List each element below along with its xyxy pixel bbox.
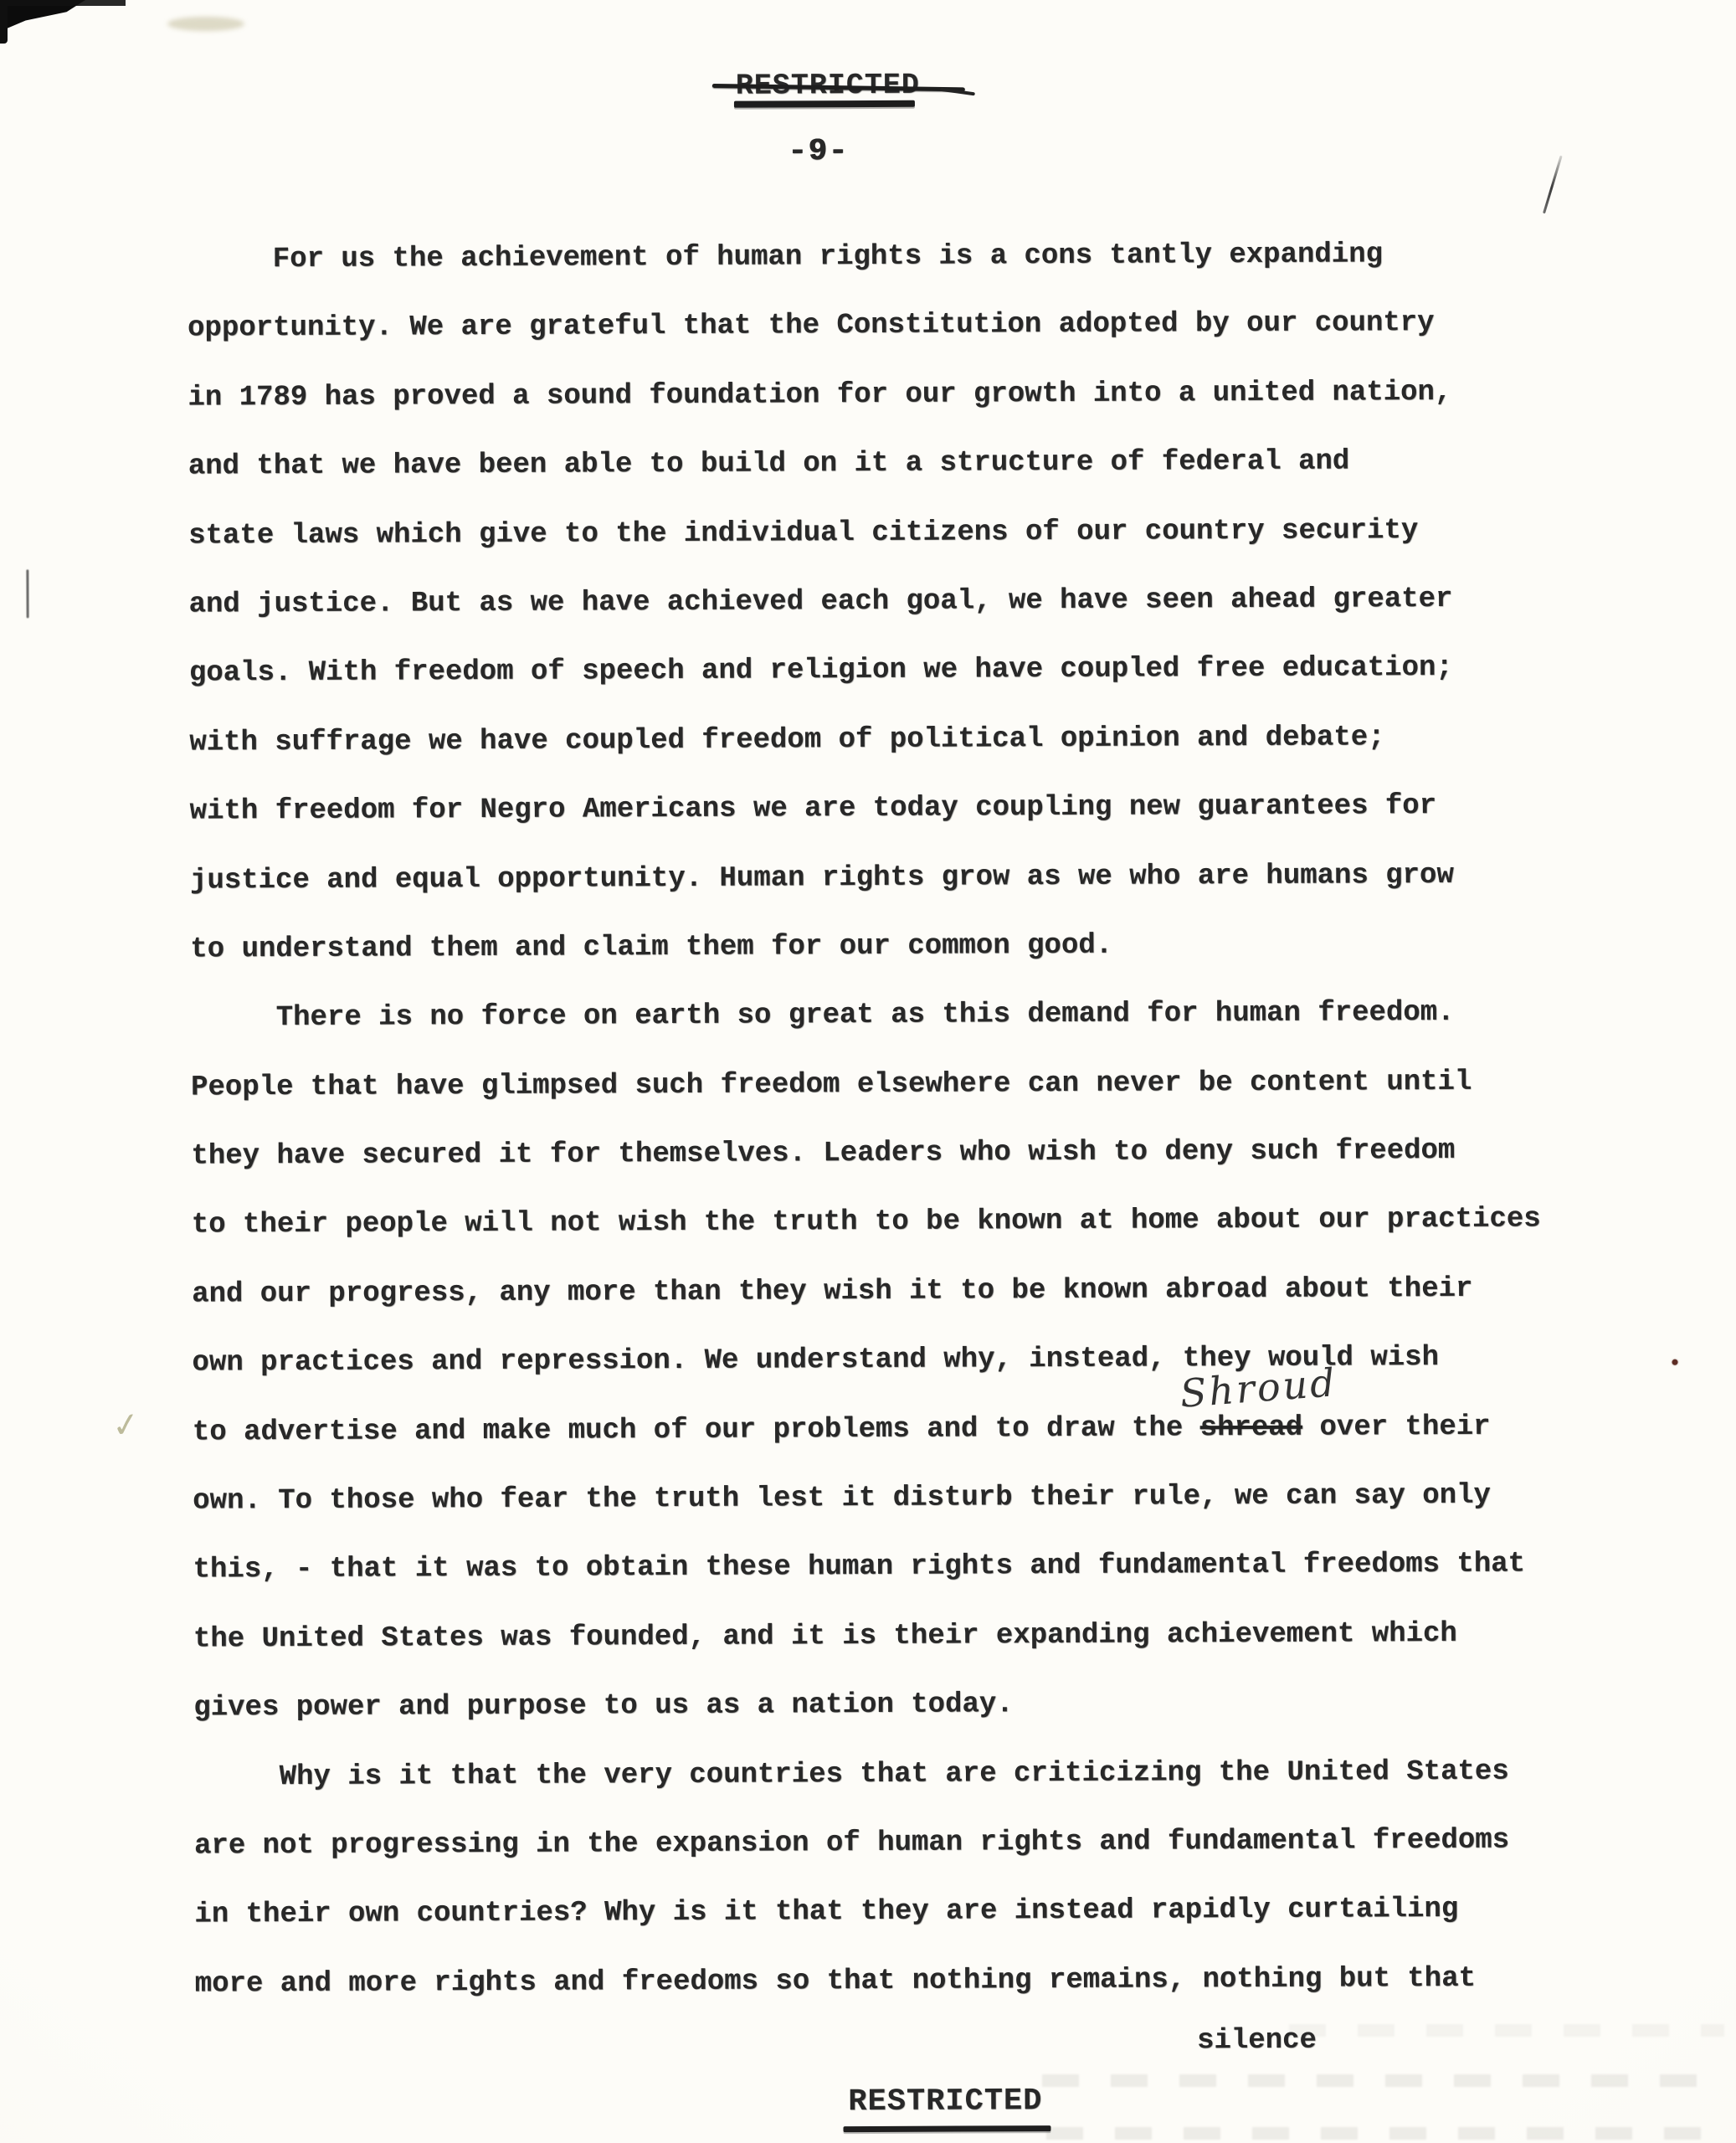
text-line: and justice. But as we have achieved eac… (188, 583, 1628, 658)
left-edge-mark (26, 569, 28, 618)
floating-word-silence: silence (1197, 2025, 1317, 2058)
text-line: opportunity. We are grateful that the Co… (187, 306, 1627, 382)
text-line: For us the achievement of human rights i… (187, 238, 1627, 313)
text-line: with suffrage we have coupled freedom of… (189, 721, 1629, 796)
text-line: own. To those who fear the truth lest it… (193, 1479, 1632, 1555)
text-line: to their people will not wish the truth … (192, 1203, 1631, 1278)
classification-footer: RESTRICTED (848, 2084, 1042, 2120)
text-line: to understand them and claim them for ou… (190, 928, 1630, 1003)
text-line: gives power and purpose to us as a natio… (193, 1686, 1633, 1761)
text-line: Why is it that the very countries that a… (194, 1755, 1634, 1831)
struck-word: shread (1200, 1411, 1303, 1444)
text-line: more and more rights and freedoms so tha… (195, 1962, 1635, 2038)
margin-checkmark: ✓ (110, 1405, 143, 1447)
text-line: this, - that it was to obtain these huma… (193, 1548, 1633, 1623)
ink-dot (1672, 1359, 1678, 1365)
text-line: they have secured it for themselves. Lea… (191, 1134, 1631, 1210)
pen-slash-mark (1543, 156, 1563, 214)
text-line: in their own countries? Why is it that t… (194, 1893, 1634, 1968)
text-line: People that have glimpsed such freedom e… (191, 1066, 1631, 1141)
text-line-with-correction: to advertise and make much of our proble… (193, 1411, 1632, 1486)
text-line: goals. With freedom of speech and religi… (189, 651, 1629, 727)
correction-prefix: to advertise and make much of our proble… (193, 1412, 1200, 1448)
header-underline (734, 100, 915, 108)
text-line: justice and equal opportunity. Human rig… (190, 859, 1630, 934)
document-page: RESTRICTED -9- For us the achievement of… (0, 0, 1736, 2143)
text-line: and that we have been able to build on i… (188, 445, 1628, 520)
text-line: state laws which give to the individual … (188, 514, 1628, 589)
typewritten-sheet: RESTRICTED -9- For us the achievement of… (0, 0, 1736, 2143)
text-line: the United States was founded, and it is… (193, 1617, 1633, 1693)
text-line: There is no force on earth so great as t… (191, 996, 1631, 1071)
document-body: For us the achievement of human rights i… (187, 238, 1635, 2038)
correction-suffix: over their (1302, 1411, 1491, 1443)
text-line: in 1789 has proved a sound foundation fo… (187, 376, 1627, 451)
text-line: own practices and repression. We underst… (192, 1341, 1631, 1416)
footer-underline (843, 2125, 1050, 2132)
text-line: and our progress, any more than they wis… (192, 1272, 1631, 1348)
page-number: -9- (788, 134, 849, 169)
text-line: are not progressing in the expansion of … (194, 1824, 1634, 1899)
text-line: with freedom for Negro Americans we are … (190, 789, 1630, 865)
